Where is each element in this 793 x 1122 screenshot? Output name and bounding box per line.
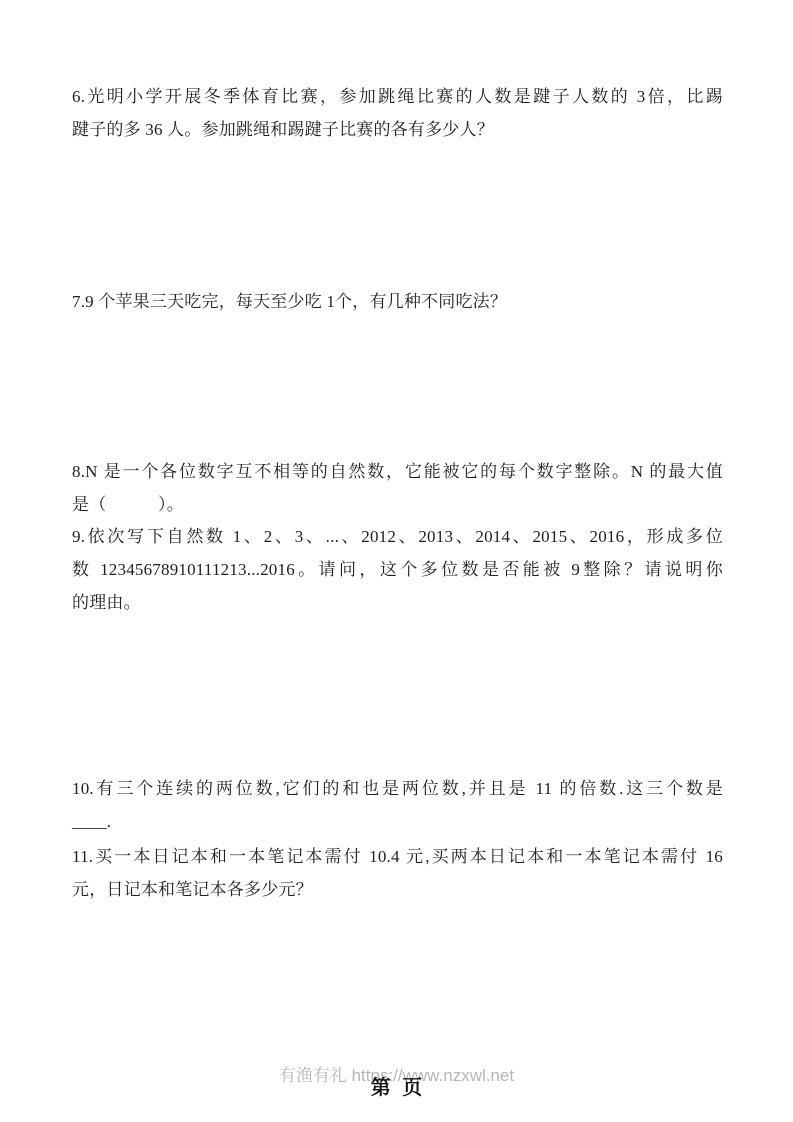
question-7: 7.9 个苹果三天吃完，每天至少吃 1个，有几种不同吃法？ xyxy=(72,285,723,318)
question-line: 踺子的多 36 人。参加跳绳和踢踺子比赛的各有多少人？ xyxy=(72,113,723,146)
answer-blank-line: ____. xyxy=(72,805,723,838)
worksheet-page: 6.光明小学开展冬季体育比赛，参加跳绳比赛的人数是踺子人数的 3倍，比踢 踺子的… xyxy=(0,0,793,1122)
question-line: 9.依次写下自然数 1、2、3、...、2012、2013、2014、2015、… xyxy=(72,520,723,553)
question-line: 元，日记本和笔记本各多少元？ xyxy=(72,873,723,906)
question-line: 6.光明小学开展冬季体育比赛，参加跳绳比赛的人数是踺子人数的 3倍，比踢 xyxy=(72,80,723,113)
page-number-label: 第 页 xyxy=(0,1076,793,1100)
question-10: 10.有三个连续的两位数,它们的和也是两位数,并且是 11 的倍数.这三个数是 … xyxy=(72,772,723,838)
question-9: 9.依次写下自然数 1、2、3、...、2012、2013、2014、2015、… xyxy=(72,520,723,619)
question-line: 数 12345678910111213...2016。请问，这个多位数是否能被 … xyxy=(72,553,723,586)
question-6: 6.光明小学开展冬季体育比赛，参加跳绳比赛的人数是踺子人数的 3倍，比踢 踺子的… xyxy=(72,80,723,146)
question-line: 7.9 个苹果三天吃完，每天至少吃 1个，有几种不同吃法？ xyxy=(72,285,723,318)
question-line: 11.买一本日记本和一本笔记本需付 10.4 元,买两本日记本和一本笔记本需付 … xyxy=(72,840,723,873)
question-line: 是（ ）。 xyxy=(72,488,723,521)
question-line: 10.有三个连续的两位数,它们的和也是两位数,并且是 11 的倍数.这三个数是 xyxy=(72,772,723,805)
question-11: 11.买一本日记本和一本笔记本需付 10.4 元,买两本日记本和一本笔记本需付 … xyxy=(72,840,723,906)
question-line: 的理由。 xyxy=(72,586,723,619)
question-line: 8.N 是一个各位数字互不相等的自然数，它能被它的每个数字整除。N 的最大值 xyxy=(72,455,723,488)
question-8: 8.N 是一个各位数字互不相等的自然数，它能被它的每个数字整除。N 的最大值 是… xyxy=(72,455,723,521)
